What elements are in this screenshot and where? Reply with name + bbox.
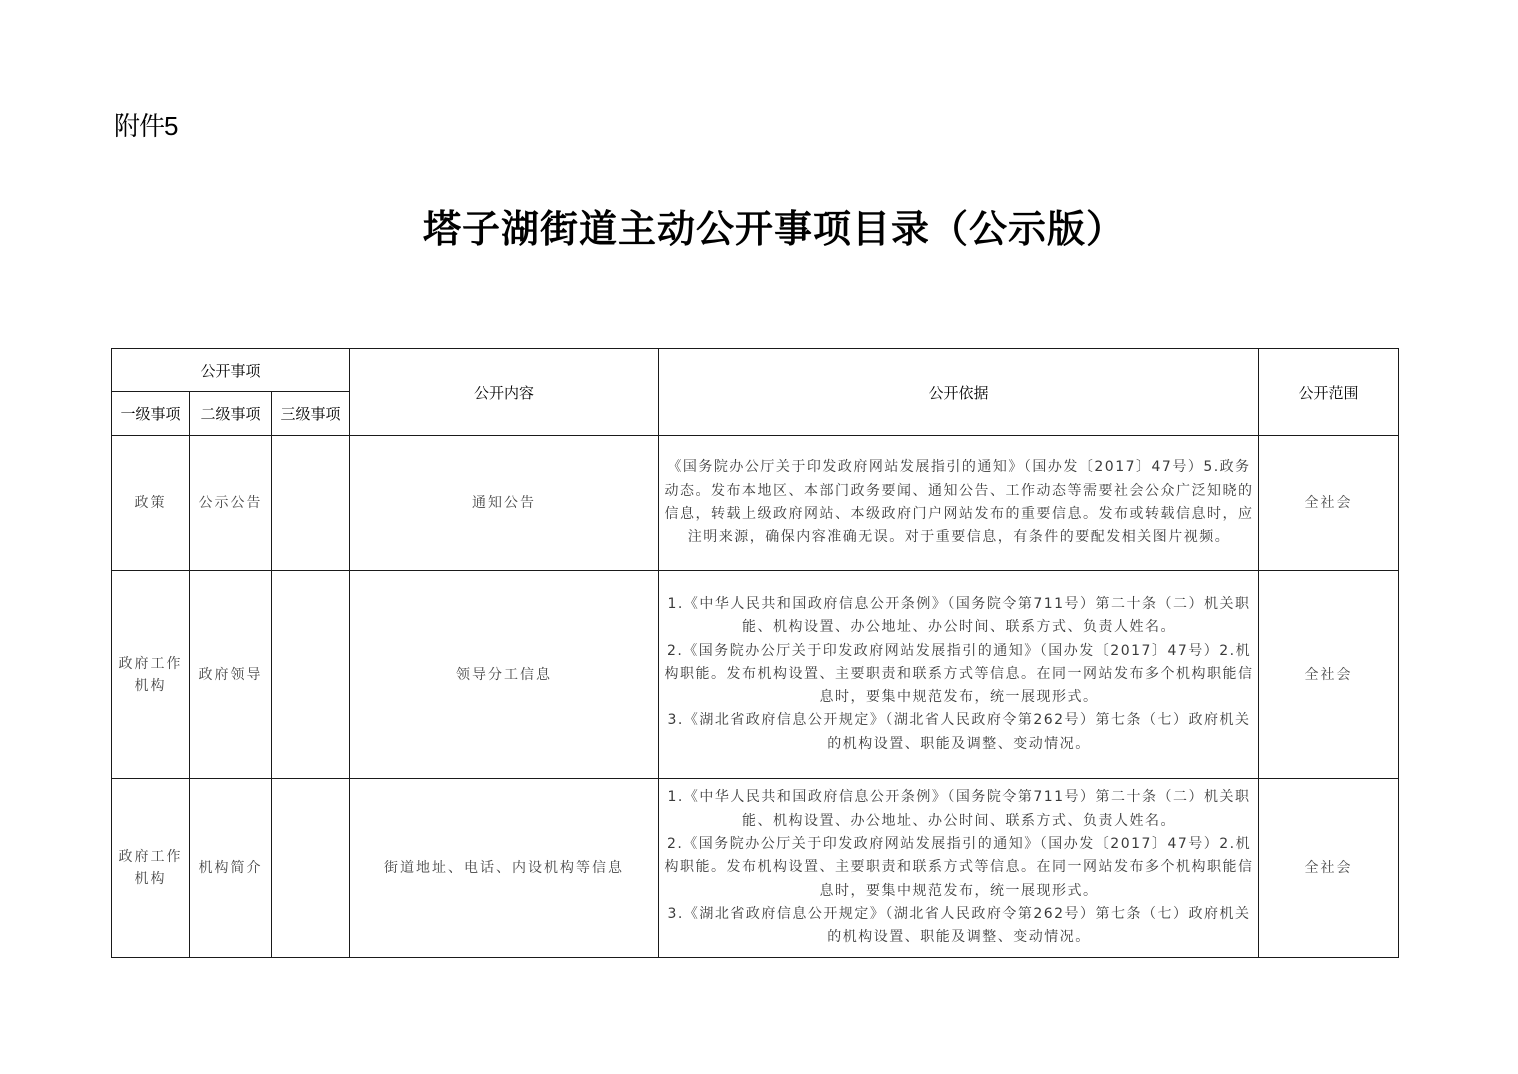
cell-level3 — [272, 571, 350, 779]
basis-paragraph: 1.《中华人民共和国政府信息公开条例》（国务院令第711号）第二十条（二）机关职… — [662, 786, 1256, 833]
cell-scope: 全社会 — [1259, 571, 1399, 779]
cell-level3 — [272, 436, 350, 571]
header-basis: 公开依据 — [659, 349, 1259, 436]
cell-basis: 1.《中华人民共和国政府信息公开条例》（国务院令第711号）第二十条（二）机关职… — [659, 779, 1259, 958]
disclosure-catalog-table: 公开事项 公开内容 公开依据 公开范围 一级事项 二级事项 三级事项 政策 公示… — [111, 348, 1399, 958]
attachment-label: 附件5 — [114, 106, 177, 143]
cell-level3 — [272, 779, 350, 958]
cell-content: 领导分工信息 — [350, 571, 659, 779]
basis-paragraph: 《国务院办公厅关于印发政府网站发展指引的通知》（国办发〔2017〕47号）5.政… — [662, 456, 1256, 549]
header-disclosure-items: 公开事项 — [112, 349, 350, 392]
cell-basis: 《国务院办公厅关于印发政府网站发展指引的通知》（国办发〔2017〕47号）5.政… — [659, 436, 1259, 571]
table-row: 政策 公示公告 通知公告 《国务院办公厅关于印发政府网站发展指引的通知》（国办发… — [112, 436, 1399, 571]
cell-scope: 全社会 — [1259, 779, 1399, 958]
cell-level2: 公示公告 — [190, 436, 272, 571]
cell-content: 街道地址、电话、内设机构等信息 — [350, 779, 659, 958]
cell-basis: 1.《中华人民共和国政府信息公开条例》（国务院令第711号）第二十条（二）机关职… — [659, 571, 1259, 779]
table-row: 政府工作机构 政府领导 领导分工信息 1.《中华人民共和国政府信息公开条例》（国… — [112, 571, 1399, 779]
table-row: 政府工作机构 机构简介 街道地址、电话、内设机构等信息 1.《中华人民共和国政府… — [112, 779, 1399, 958]
cell-level2: 政府领导 — [190, 571, 272, 779]
cell-level2: 机构简介 — [190, 779, 272, 958]
header-scope: 公开范围 — [1259, 349, 1399, 436]
header-level2: 二级事项 — [190, 392, 272, 436]
basis-paragraph: 2.《国务院办公厅关于印发政府网站发展指引的通知》（国办发〔2017〕47号）2… — [662, 833, 1256, 903]
header-content: 公开内容 — [350, 349, 659, 436]
cell-content: 通知公告 — [350, 436, 659, 571]
cell-level1: 政府工作机构 — [112, 779, 190, 958]
document-title: 塔子湖街道主动公开事项目录（公示版） — [0, 198, 1518, 253]
cell-level1: 政府工作机构 — [112, 571, 190, 779]
basis-paragraph: 2.《国务院办公厅关于印发政府网站发展指引的通知》（国办发〔2017〕47号）2… — [662, 640, 1256, 710]
header-level1: 一级事项 — [112, 392, 190, 436]
cell-level1: 政策 — [112, 436, 190, 571]
cell-scope: 全社会 — [1259, 436, 1399, 571]
header-level3: 三级事项 — [272, 392, 350, 436]
basis-paragraph: 1.《中华人民共和国政府信息公开条例》（国务院令第711号）第二十条（二）机关职… — [662, 593, 1256, 640]
basis-paragraph: 3.《湖北省政府信息公开规定》（湖北省人民政府令第262号）第七条（七）政府机关… — [662, 903, 1256, 950]
basis-paragraph: 3.《湖北省政府信息公开规定》（湖北省人民政府令第262号）第七条（七）政府机关… — [662, 709, 1256, 756]
